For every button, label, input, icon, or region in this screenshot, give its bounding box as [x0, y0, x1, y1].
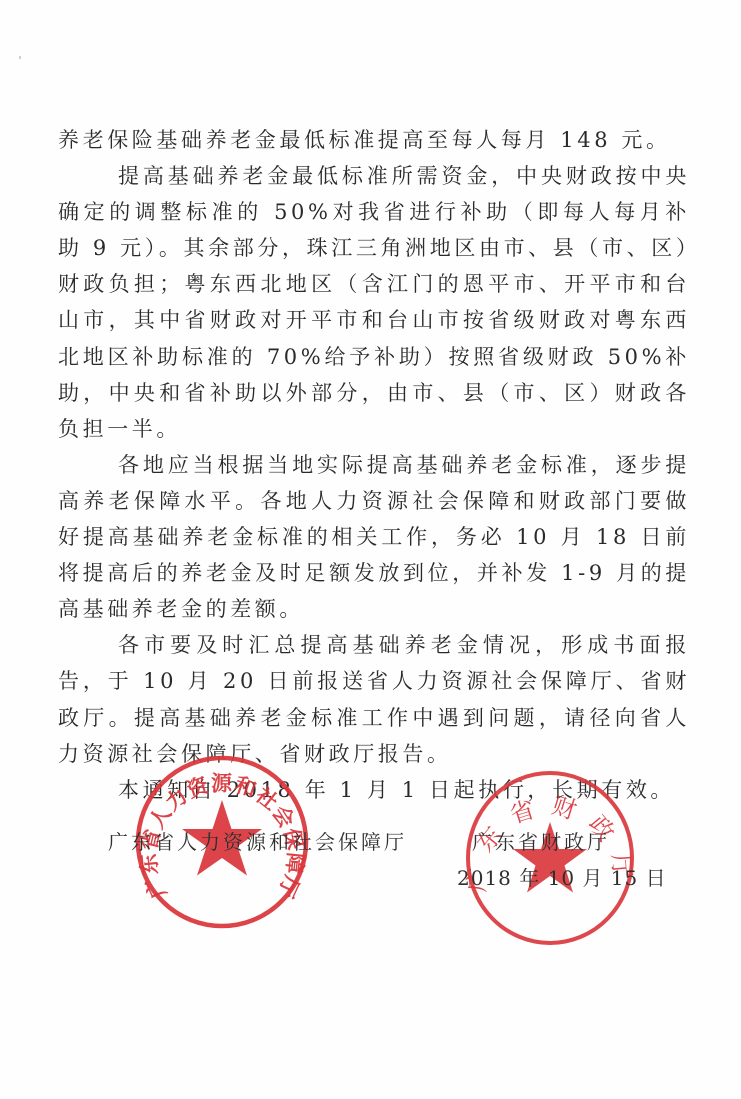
scan-speck	[19, 56, 21, 59]
paragraph-4: 各市要及时汇总提高基础养老金情况，形成书面报告，于 10 月 20 日前报送省人…	[58, 627, 690, 771]
paragraph-5: 本通知自 2018 年 1 月 1 日起执行，长期有效。	[58, 772, 690, 808]
paragraph-3: 各地应当根据当地实际提高基础养老金标准，逐步提高养老保障水平。各地人力资源社会保…	[58, 447, 690, 627]
paragraph-2: 提高基础养老金最低标准所需资金，中央财政按中央确定的调整标准的 50%对我省进行…	[58, 158, 690, 447]
signature-date: 2018 年 10 月 15 日	[457, 862, 667, 891]
paragraph-1: 养老保险基础养老金最低标准提高至每人每月 148 元。	[58, 122, 690, 158]
signature-hrss-department: 广东省人力资源和社会保障厅	[108, 826, 407, 855]
signature-finance-department: 广东省财政厅	[472, 826, 610, 855]
document-body: 养老保险基础养老金最低标准提高至每人每月 148 元。 提高基础养老金最低标准所…	[58, 122, 690, 808]
document-page: 养老保险基础养老金最低标准提高至每人每月 148 元。 提高基础养老金最低标准所…	[0, 0, 741, 1099]
